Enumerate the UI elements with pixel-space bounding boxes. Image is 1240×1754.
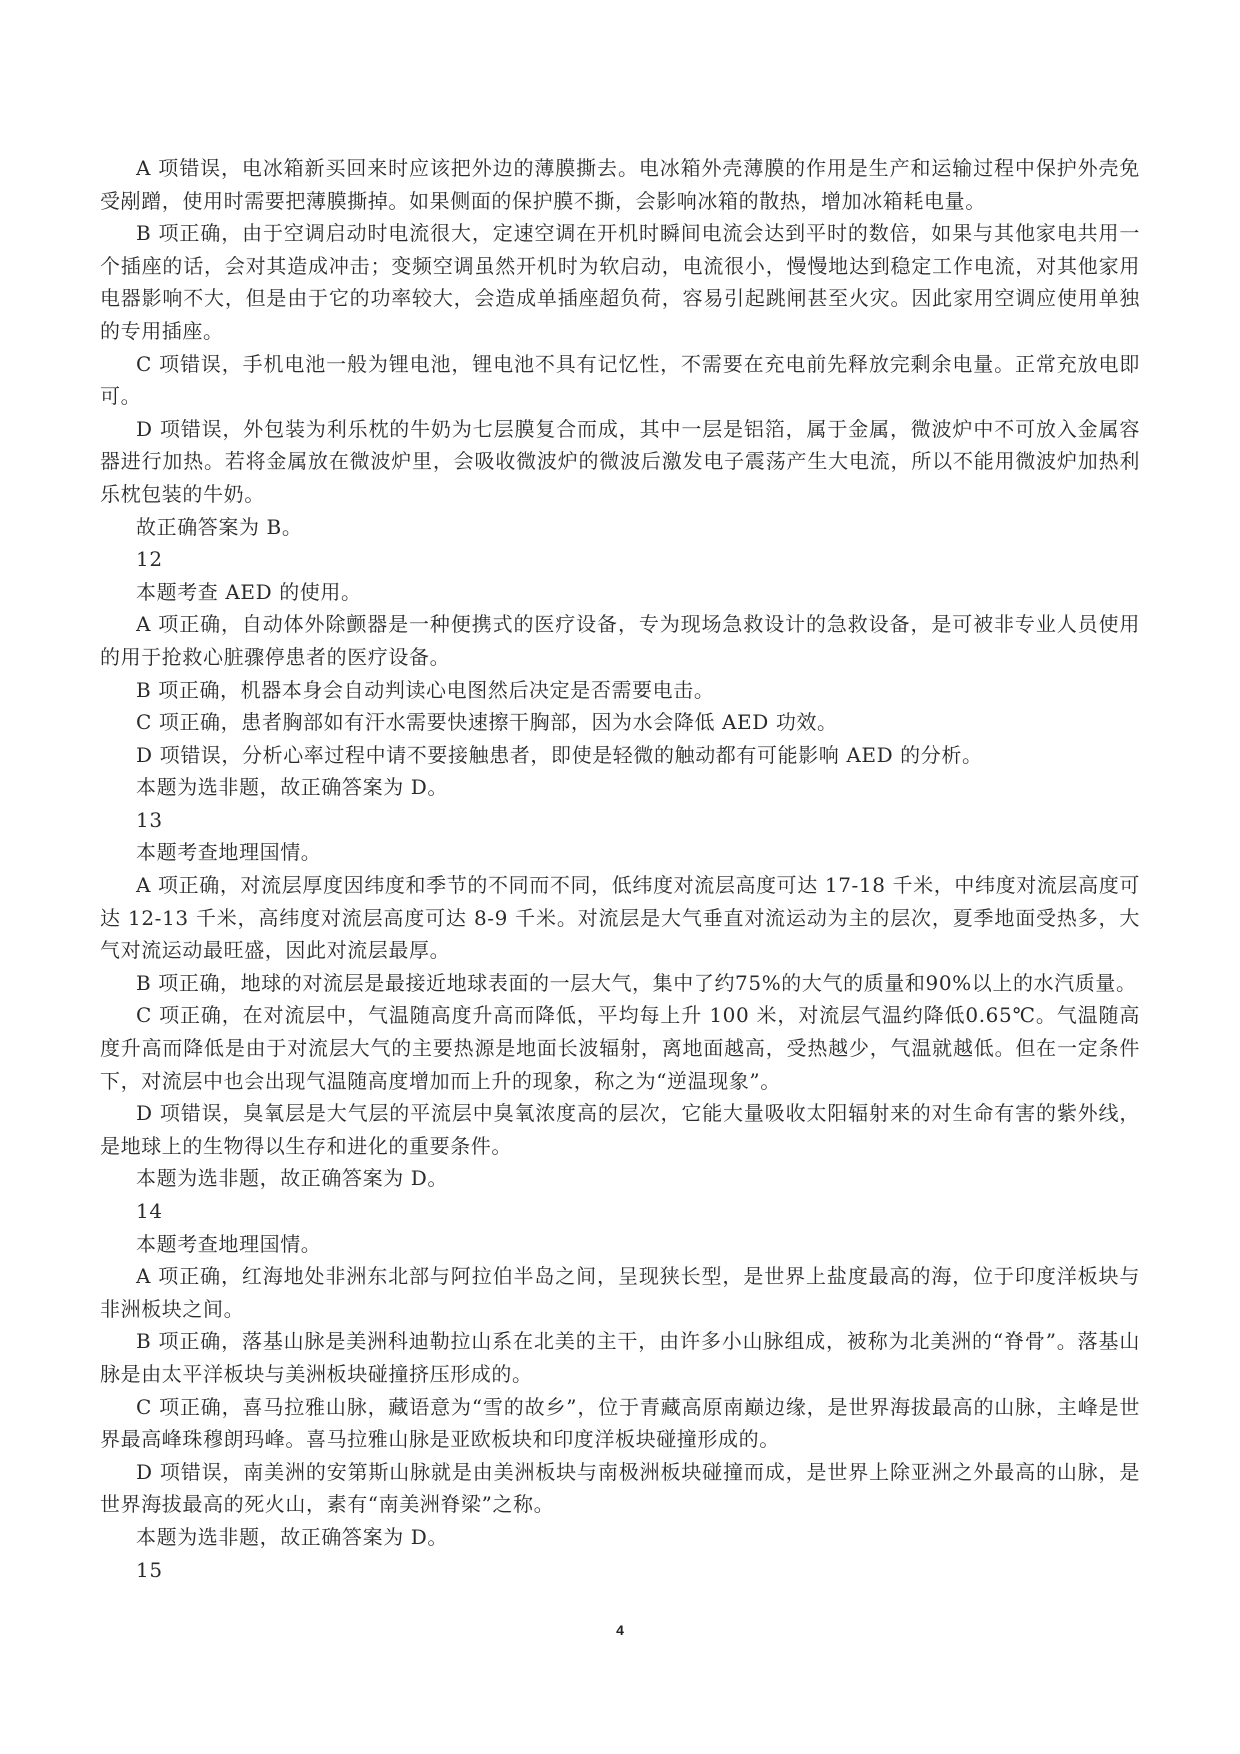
paragraph-q13-option-b: B 项正确，地球的对流层是最接近地球表面的一层大气，集中了约75%的大气的质量和… <box>100 967 1140 1000</box>
paragraph-q13-answer: 本题为选非题，故正确答案为 D。 <box>100 1162 1140 1195</box>
paragraph-q11-option-a: A 项错误，电冰箱新买回来时应该把外边的薄膜撕去。电冰箱外壳薄膜的作用是生产和运… <box>100 152 1140 217</box>
paragraph-q14-option-c: C 项正确，喜马拉雅山脉，藏语意为“雪的故乡”，位于青藏高原南巅边缘，是世界海拔… <box>100 1391 1140 1456</box>
paragraph-q12-option-c: C 项正确，患者胸部如有汗水需要快速擦干胸部，因为水会降低 AED 功效。 <box>100 706 1140 739</box>
paragraph-q14-answer: 本题为选非题，故正确答案为 D。 <box>100 1521 1140 1554</box>
paragraph-q12-option-a: A 项正确，自动体外除颤器是一种便携式的医疗设备，专为现场急救设计的急救设备，是… <box>100 608 1140 673</box>
document-body: A 项错误，电冰箱新买回来时应该把外边的薄膜撕去。电冰箱外壳薄膜的作用是生产和运… <box>100 152 1140 1586</box>
paragraph-q12-option-b: B 项正确，机器本身会自动判读心电图然后决定是否需要电击。 <box>100 674 1140 707</box>
paragraph-q12-topic: 本题考查 AED 的使用。 <box>100 576 1140 609</box>
paragraph-q11-option-c: C 项错误，手机电池一般为锂电池，锂电池不具有记忆性，不需要在充电前先释放完剩余… <box>100 348 1140 413</box>
paragraph-q12-answer: 本题为选非题，故正确答案为 D。 <box>100 771 1140 804</box>
question-number-12: 12 <box>100 543 1140 576</box>
question-number-15: 15 <box>100 1554 1140 1587</box>
paragraph-q13-option-d: D 项错误，臭氧层是大气层的平流层中臭氧浓度高的层次，它能大量吸收太阳辐射来的对… <box>100 1097 1140 1162</box>
paragraph-q14-topic: 本题考查地理国情。 <box>100 1228 1140 1261</box>
paragraph-q11-answer: 故正确答案为 B。 <box>100 511 1140 544</box>
question-number-14: 14 <box>100 1195 1140 1228</box>
question-number-13: 13 <box>100 804 1140 837</box>
page-number: 4 <box>0 1622 1240 1638</box>
paragraph-q13-option-a: A 项正确，对流层厚度因纬度和季节的不同而不同，低纬度对流层高度可达 17-18… <box>100 869 1140 967</box>
paragraph-q14-option-b: B 项正确，落基山脉是美洲科迪勒拉山系在北美的主干，由许多小山脉组成，被称为北美… <box>100 1325 1140 1390</box>
paragraph-q11-option-b: B 项正确，由于空调启动时电流很大，定速空调在开机时瞬间电流会达到平时的数倍，如… <box>100 217 1140 347</box>
paragraph-q14-option-d: D 项错误，南美洲的安第斯山脉就是由美洲板块与南极洲板块碰撞而成，是世界上除亚洲… <box>100 1456 1140 1521</box>
paragraph-q11-option-d: D 项错误，外包装为利乐枕的牛奶为七层膜复合而成，其中一层是铝箔，属于金属，微波… <box>100 413 1140 511</box>
paragraph-q14-option-a: A 项正确，红海地处非洲东北部与阿拉伯半岛之间，呈现狭长型，是世界上盐度最高的海… <box>100 1260 1140 1325</box>
paragraph-q13-topic: 本题考查地理国情。 <box>100 836 1140 869</box>
paragraph-q13-option-c: C 项正确，在对流层中，气温随高度升高而降低，平均每上升 100 米，对流层气温… <box>100 999 1140 1097</box>
paragraph-q12-option-d: D 项错误，分析心率过程中请不要接触患者，即使是轻微的触动都有可能影响 AED … <box>100 739 1140 772</box>
